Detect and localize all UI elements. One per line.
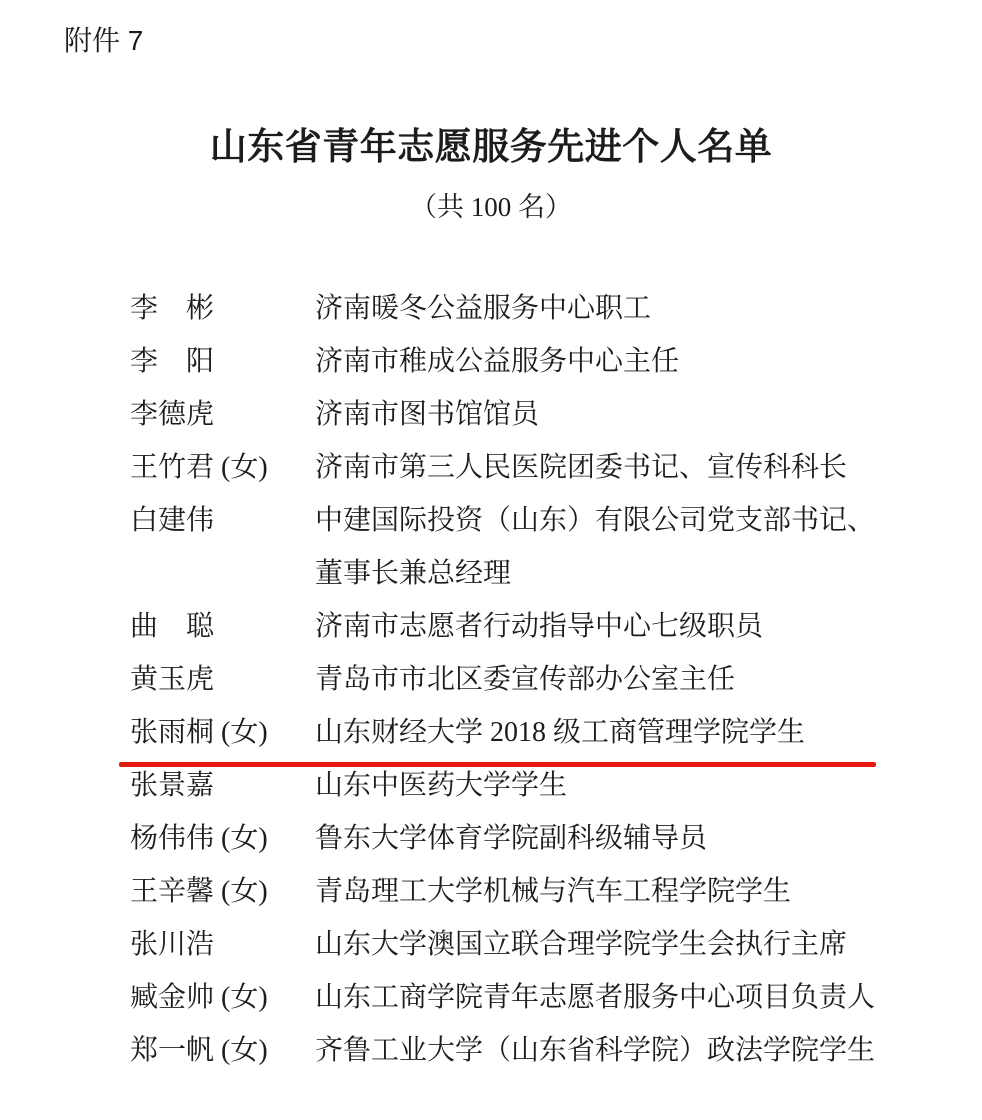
- person-title: 鲁东大学体育学院副科级辅导员: [315, 812, 926, 865]
- list-item: 王辛馨 (女)青岛理工大学机械与汽车工程学院学生: [130, 865, 926, 918]
- person-name: 李 彬: [130, 282, 315, 335]
- person-title: 中建国际投资（山东）有限公司党支部书记、 董事长兼总经理: [315, 494, 926, 600]
- attachment-label: 附件 7: [64, 24, 143, 58]
- person-name: 张雨桐 (女): [130, 706, 315, 759]
- person-title: 济南暖冬公益服务中心职工: [315, 282, 926, 335]
- list-item: 李德虎济南市图书馆馆员: [130, 388, 926, 441]
- person-name: 曲 聪: [130, 600, 315, 653]
- person-title: 山东中医药大学学生: [315, 759, 926, 812]
- list-item: 王竹君 (女)济南市第三人民医院团委书记、宣传科科长: [130, 441, 926, 494]
- person-name: 臧金帅 (女): [130, 971, 315, 1024]
- person-name: 杨伟伟 (女): [130, 812, 315, 865]
- list-item: 张川浩山东大学澳国立联合理学院学生会执行主席: [130, 918, 926, 971]
- person-name: 郑一帆 (女): [130, 1024, 315, 1077]
- person-name: 黄玉虎: [130, 653, 315, 706]
- person-name: 李德虎: [130, 388, 315, 441]
- list-item: 黄玉虎青岛市市北区委宣传部办公室主任: [130, 653, 926, 706]
- person-title: 济南市志愿者行动指导中心七级职员: [315, 600, 926, 653]
- person-title: 济南市稚成公益服务中心主任: [315, 335, 926, 388]
- person-name: 张川浩: [130, 918, 315, 971]
- person-name: 王竹君 (女): [130, 441, 315, 494]
- list-item: 臧金帅 (女)山东工商学院青年志愿者服务中心项目负责人: [130, 971, 926, 1024]
- person-title: 山东财经大学 2018 级工商管理学院学生: [315, 706, 926, 759]
- document-title: 山东省青年志愿服务先进个人名单: [0, 126, 982, 170]
- list-item: 张景嘉山东中医药大学学生: [130, 759, 926, 812]
- person-name: 白建伟: [130, 494, 315, 547]
- list-item: 曲 聪济南市志愿者行动指导中心七级职员: [130, 600, 926, 653]
- person-title: 济南市第三人民医院团委书记、宣传科科长: [315, 441, 926, 494]
- person-title: 青岛理工大学机械与汽车工程学院学生: [315, 865, 926, 918]
- list-item: 杨伟伟 (女)鲁东大学体育学院副科级辅导员: [130, 812, 926, 865]
- person-title: 济南市图书馆馆员: [315, 388, 926, 441]
- person-title: 青岛市市北区委宣传部办公室主任: [315, 653, 926, 706]
- list-item: 张雨桐 (女)山东财经大学 2018 级工商管理学院学生: [130, 706, 926, 759]
- person-title: 山东大学澳国立联合理学院学生会执行主席: [315, 918, 926, 971]
- person-title: 齐鲁工业大学（山东省科学院）政法学院学生: [315, 1024, 926, 1077]
- person-name: 李 阳: [130, 335, 315, 388]
- list-item: 李 彬济南暖冬公益服务中心职工: [130, 282, 926, 335]
- person-name: 张景嘉: [130, 759, 315, 812]
- person-title: 山东工商学院青年志愿者服务中心项目负责人: [315, 971, 926, 1024]
- person-name: 王辛馨 (女): [130, 865, 315, 918]
- list-item: 郑一帆 (女)齐鲁工业大学（山东省科学院）政法学院学生: [130, 1024, 926, 1077]
- awardee-list: 李 彬济南暖冬公益服务中心职工李 阳济南市稚成公益服务中心主任李德虎济南市图书馆…: [130, 282, 926, 1077]
- document-page: 附件 7 山东省青年志愿服务先进个人名单 （共 100 名） 李 彬济南暖冬公益…: [0, 0, 982, 1120]
- document-subtitle: （共 100 名）: [0, 190, 982, 224]
- list-item: 李 阳济南市稚成公益服务中心主任: [130, 335, 926, 388]
- list-item: 白建伟中建国际投资（山东）有限公司党支部书记、 董事长兼总经理: [130, 494, 926, 600]
